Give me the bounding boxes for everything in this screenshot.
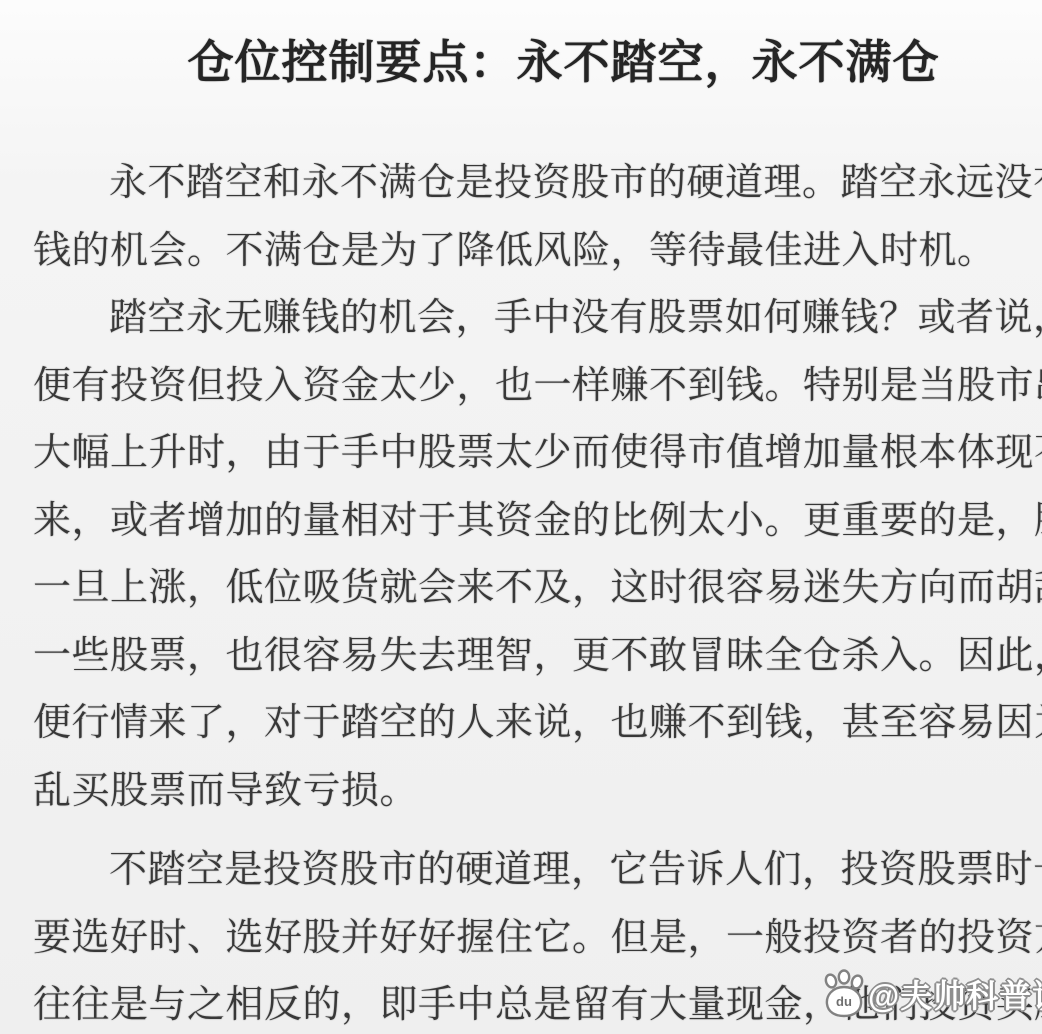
text-line: 来，或者增加的量相对于其资金的比例太小。更重要的是，股 xyxy=(33,488,1042,556)
text-line: 便行情来了，对于踏空的人来说，也赚不到钱，甚至容易因为 xyxy=(33,690,1042,758)
text-line: 便有投资但投入资金太少，也一样赚不到钱。特别是当股市出 xyxy=(33,353,1042,421)
body-text: 永不踏空和永不满仓是投资股市的硬道理。踏空永远没有 钱的机会。不满仓是为了降低风… xyxy=(33,150,1042,1034)
text-line: 乱买股票而导致亏损。 xyxy=(33,758,1042,826)
text-line: 大幅上升时，由于手中股票太少而使得市值增加量根本体现不 xyxy=(33,420,1042,488)
document-page: 仓位控制要点：永不踏空，永不满仓 永不踏空和永不满仓是投资股市的硬道理。踏空永远… xyxy=(0,0,1042,1034)
text-line: 一旦上涨，低位吸货就会来不及，这时很容易迷失方向而胡乱 xyxy=(33,555,1042,623)
baidu-paw-icon: du xyxy=(822,968,866,1020)
text-line: 永不踏空和永不满仓是投资股市的硬道理。踏空永远没有 xyxy=(33,150,1042,218)
text-line: 钱的机会。不满仓是为了降低风险，等待最佳进入时机。 xyxy=(33,218,1042,286)
watermark-handle: @夫帅科普说 xyxy=(868,971,1042,1017)
page-title: 仓位控制要点：永不踏空，永不满仓 xyxy=(0,26,1042,92)
text-line: 要选好时、选好股并好好握住它。但是，一般投资者的投资方 xyxy=(33,905,1042,973)
watermark: du @夫帅科普说 xyxy=(822,968,1042,1020)
text-line: 一些股票，也很容易失去理智，更不敢冒昧全仓杀入。因此， xyxy=(33,623,1042,691)
paw-du-label: du xyxy=(836,994,852,1009)
text-line: 不踏空是投资股市的硬道理，它告诉人们，投资股票时一 xyxy=(33,837,1042,905)
text-line: 踏空永无赚钱的机会，手中没有股票如何赚钱？或者说， xyxy=(33,285,1042,353)
